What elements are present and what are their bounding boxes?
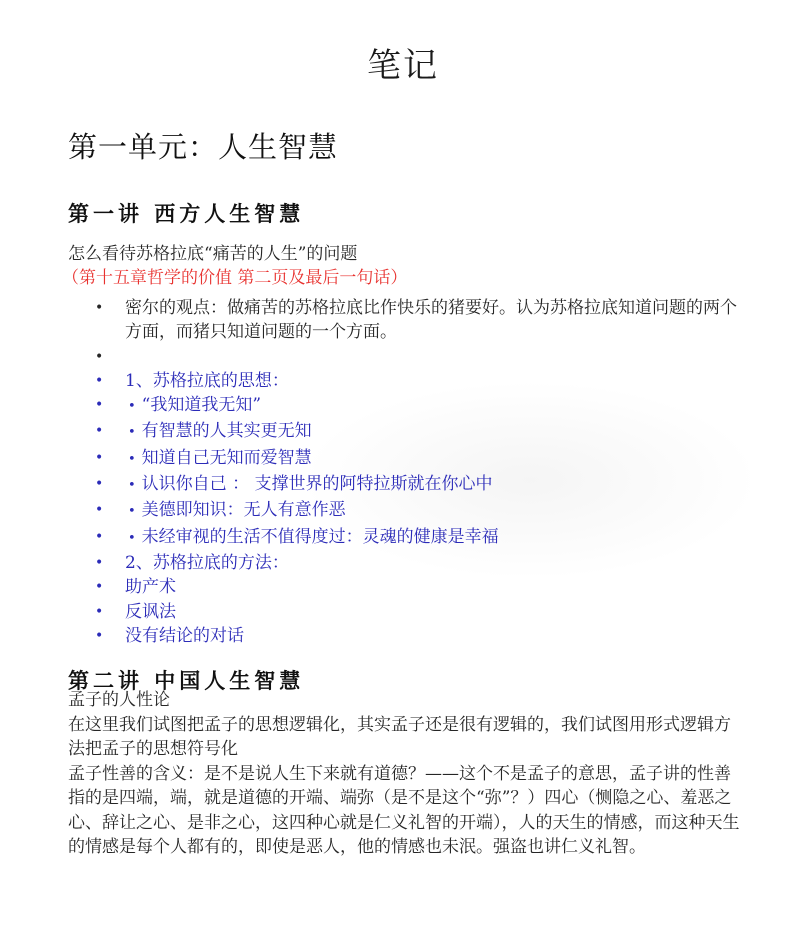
list-item-text: 2、苏格拉底的方法： <box>125 553 289 573</box>
bullet-icon: • <box>95 551 103 575</box>
list-item: • 2、苏格拉底的方法： <box>92 551 752 575</box>
bullet-icon: • <box>95 498 103 522</box>
list-item-empty: • <box>92 345 752 369</box>
bullet-icon: • <box>95 472 103 496</box>
mencius-subtitle: 孟子的人性论 <box>68 688 743 713</box>
socrates-bullet-list: • 密尔的观点：做痛苦的苏格拉底比作快乐的猪要好。认为苏格拉底知道问题的两个方面… <box>92 296 752 648</box>
mencius-paragraph: 在这里我们试图把孟子的思想逻辑化，其实孟子还是很有逻辑的，我们试图用形式逻辑方法… <box>68 713 743 762</box>
list-item-text: 没有结论的对话 <box>125 626 244 646</box>
bullet-icon: • <box>95 575 103 599</box>
list-item: • •认识你自己 ： 支撑世界的阿特拉斯就在你心中 <box>92 472 752 498</box>
list-item: • •未经审视的生活不值得度过：灵魂的健康是幸福 <box>92 525 752 551</box>
list-item: • •“我知道我无知” <box>92 393 752 419</box>
list-item-text: “我知道我无知” <box>142 395 261 415</box>
unit-heading: 第一单元：人生智慧 <box>68 125 338 166</box>
list-item-text: 助产术 <box>125 577 176 597</box>
bullet-icon: • <box>95 624 103 648</box>
list-item: • 1、苏格拉底的思想： <box>92 369 752 393</box>
bullet-icon: • <box>95 419 103 443</box>
sub-bullet-icon: • <box>128 425 136 440</box>
list-item-text: 反讽法 <box>125 602 176 622</box>
list-item-text: 认识你自己 ： 支撑世界的阿特拉斯就在你心中 <box>142 474 493 494</box>
list-item: • •有智慧的人其实更无知 <box>92 419 752 445</box>
bullet-icon: • <box>95 369 103 393</box>
mencius-section: 孟子的人性论 在这里我们试图把孟子的思想逻辑化，其实孟子还是很有逻辑的，我们试图… <box>68 688 743 860</box>
sub-bullet-icon: • <box>128 478 136 493</box>
sub-bullet-icon: • <box>128 452 136 467</box>
lecture-1-heading: 第一讲 西方人生智慧 <box>68 198 304 228</box>
list-item-text: 1、苏格拉底的思想： <box>125 371 289 391</box>
sub-bullet-icon: • <box>128 399 136 414</box>
list-item-text: 有智慧的人其实更无知 <box>142 421 312 441</box>
chapter-reference-note: （第十五章哲学的价值 第二页及最后一句话） <box>62 266 407 290</box>
sub-bullet-icon: • <box>128 531 136 546</box>
list-item-text: 密尔的观点：做痛苦的苏格拉底比作快乐的猪要好。认为苏格拉底知道问题的两个方面，而… <box>125 298 737 342</box>
list-item: • 助产术 <box>92 575 752 599</box>
document-title: 笔记 <box>0 38 806 87</box>
list-item-text: 未经审视的生活不值得度过：灵魂的健康是幸福 <box>142 527 499 547</box>
bullet-icon: • <box>95 296 103 320</box>
bullet-icon: • <box>95 345 103 369</box>
list-item: • •知道自己无知而爱智慧 <box>92 446 752 472</box>
list-item: • 反讽法 <box>92 600 752 624</box>
bullet-icon: • <box>95 446 103 470</box>
bullet-icon: • <box>95 600 103 624</box>
mencius-paragraph: 孟子性善的含义：是不是说人生下来就有道德？——这个不是孟子的意思，孟子讲的性善指… <box>68 762 743 860</box>
bullet-icon: • <box>95 393 103 417</box>
bullet-icon: • <box>95 525 103 549</box>
document-page: 笔记 第一单元：人生智慧 第一讲 西方人生智慧 怎么看待苏格拉底“痛苦的人生”的… <box>0 0 806 926</box>
sub-bullet-icon: • <box>128 504 136 519</box>
list-item: • •美德即知识：无人有意作恶 <box>92 498 752 524</box>
list-item: • 密尔的观点：做痛苦的苏格拉底比作快乐的猪要好。认为苏格拉底知道问题的两个方面… <box>92 296 752 345</box>
list-item-text: 美德即知识：无人有意作恶 <box>142 500 346 520</box>
list-item: • 没有结论的对话 <box>92 624 752 648</box>
list-item-text: 知道自己无知而爱智慧 <box>142 448 312 468</box>
question-text: 怎么看待苏格拉底“痛苦的人生”的问题 <box>68 242 357 266</box>
